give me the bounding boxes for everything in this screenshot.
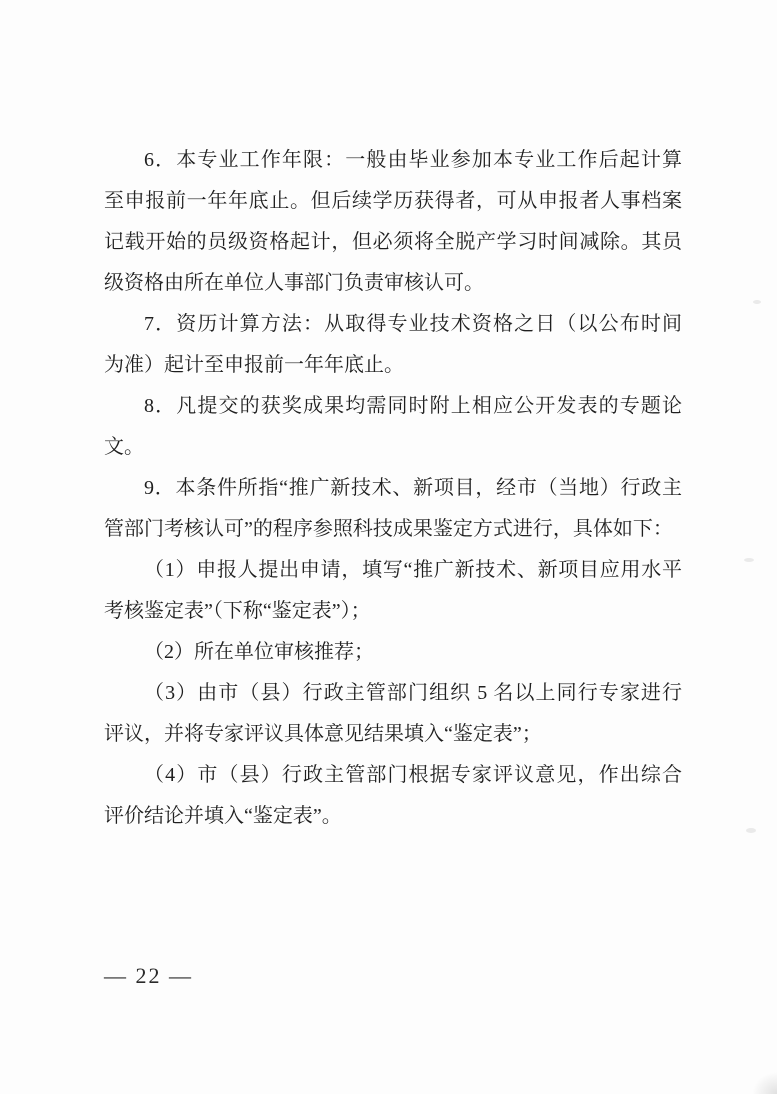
scanned-document-page: { "page": { "background": "#fdfdfd", "te… [0, 0, 777, 1094]
text-line: 考核鉴定表”（下称“鉴定表”）； [104, 591, 682, 632]
item-9-sub-4: （4）市（县）行政主管部门根据专家评议意见，作出综合评价结论并填入“鉴定表”。 [104, 755, 682, 837]
text-line: 为准）起计至申报前一年年底止。 [104, 345, 682, 386]
text-line: 级资格由所在单位人事部门负责审核认可。 [104, 263, 682, 304]
text-line: 文。 [104, 427, 682, 468]
item-9-sub-1: （1）申报人提出申请，填写“推广新技术、新项目应用水平考核鉴定表”（下称“鉴定表… [104, 550, 682, 632]
text-line: 8．凡提交的获奖成果均需同时附上相应公开发表的专题论 [104, 386, 682, 427]
document-body: 6．本专业工作年限：一般由毕业参加本专业工作后起计算至申报前一年年底止。但后续学… [104, 140, 682, 837]
text-line: 9．本条件所指“推广新技术、新项目，经市（当地）行政主 [104, 468, 682, 509]
text-line: 记载开始的员级资格起计，但必须将全脱产学习时间减除。其员 [104, 222, 682, 263]
item-9: 9．本条件所指“推广新技术、新项目，经市（当地）行政主管部门考核认可”的程序参照… [104, 468, 682, 550]
scan-artifact [744, 558, 754, 562]
scan-artifact [752, 1072, 777, 1094]
text-line: 至申报前一年年底止。但后续学历获得者，可从申报者人事档案 [104, 181, 682, 222]
text-line: （4）市（县）行政主管部门根据专家评议意见，作出综合 [104, 755, 682, 796]
scan-artifact [753, 300, 761, 304]
text-line: （3）由市（县）行政主管部门组织 5 名以上同行专家进行 [104, 673, 682, 714]
text-line: （2）所在单位审核推荐； [104, 632, 682, 673]
item-6: 6．本专业工作年限：一般由毕业参加本专业工作后起计算至申报前一年年底止。但后续学… [104, 140, 682, 304]
item-9-sub-3: （3）由市（县）行政主管部门组织 5 名以上同行专家进行评议，并将专家评议具体意… [104, 673, 682, 755]
item-8: 8．凡提交的获奖成果均需同时附上相应公开发表的专题论文。 [104, 386, 682, 468]
text-line: 评价结论并填入“鉴定表”。 [104, 796, 682, 837]
text-line: 管部门考核认可”的程序参照科技成果鉴定方式进行，具体如下： [104, 509, 682, 550]
text-line: 6．本专业工作年限：一般由毕业参加本专业工作后起计算 [104, 140, 682, 181]
item-7: 7．资历计算方法：从取得专业技术资格之日（以公布时间为准）起计至申报前一年年底止… [104, 304, 682, 386]
text-line: 7．资历计算方法：从取得专业技术资格之日（以公布时间 [104, 304, 682, 345]
scan-artifact [746, 828, 756, 833]
text-line: 评议，并将专家评议具体意见结果填入“鉴定表”； [104, 714, 682, 755]
page-number: — 22 — [104, 963, 193, 989]
item-9-sub-2: （2）所在单位审核推荐； [104, 632, 682, 673]
text-line: （1）申报人提出申请，填写“推广新技术、新项目应用水平 [104, 550, 682, 591]
